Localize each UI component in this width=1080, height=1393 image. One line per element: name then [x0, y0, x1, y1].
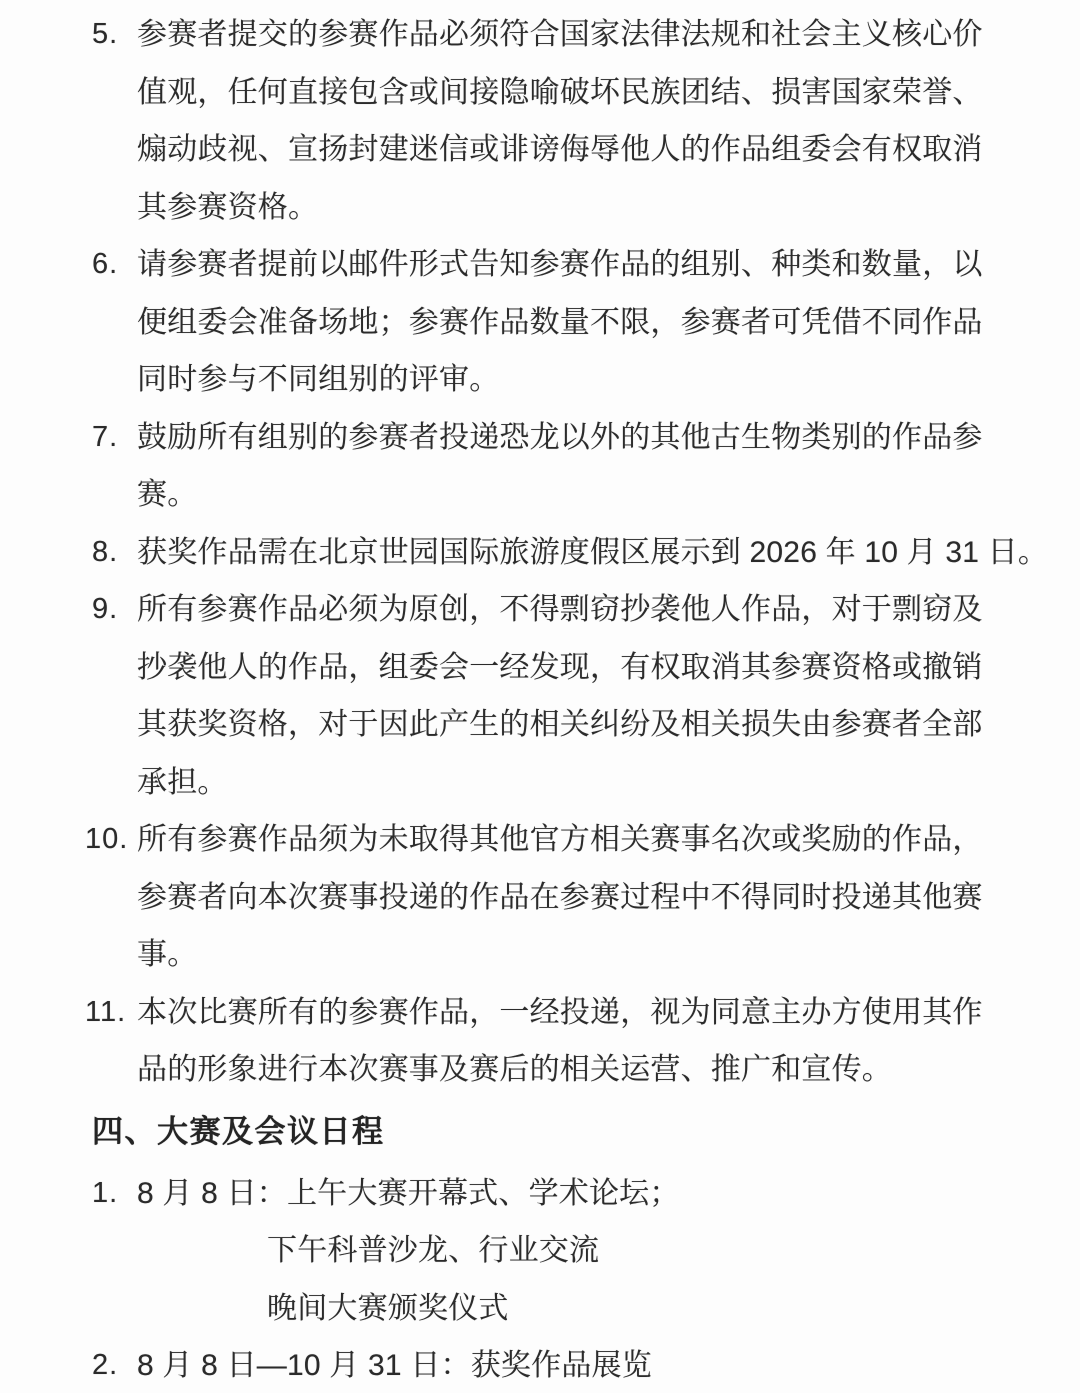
rule-line: 品的形象进行本次赛事及赛后的相关运营、推广和宣传。	[137, 1041, 949, 1099]
rule-line: 其参赛资格。	[137, 179, 949, 237]
schedule-line: 下午科普沙龙、行业交流	[137, 1222, 949, 1280]
rule-line: 便组委会准备场地；参赛作品数量不限，参赛者可凭借不同作品	[137, 294, 949, 352]
item-number: 10.	[85, 811, 137, 869]
rule-line: 参赛者提交的参赛作品必须符合国家法律法规和社会主义核心价	[137, 6, 949, 64]
rule-line: 抄袭他人的作品，组委会一经发现，有权取消其参赛资格或撤销	[137, 639, 949, 697]
schedule-list: 1.8 月 8 日：上午大赛开幕式、学术论坛；下午科普沙龙、行业交流晚间大赛颁奖…	[0, 1165, 1080, 1393]
rule-item-lines: 所有参赛作品须为未取得其他官方相关赛事名次或奖励的作品，参赛者向本次赛事投递的作…	[137, 811, 949, 984]
rule-item-5: 5.参赛者提交的参赛作品必须符合国家法律法规和社会主义核心价值观，任何直接包含或…	[0, 6, 1080, 236]
schedule-item-1: 1.8 月 8 日：上午大赛开幕式、学术论坛；下午科普沙龙、行业交流晚间大赛颁奖…	[0, 1165, 1080, 1338]
item-number: 6.	[92, 236, 137, 294]
rule-item-10: 10.所有参赛作品须为未取得其他官方相关赛事名次或奖励的作品，参赛者向本次赛事投…	[0, 811, 1080, 984]
rule-line: 赛。	[137, 466, 949, 524]
item-number: 5.	[92, 6, 137, 64]
rule-line: 事。	[137, 926, 949, 984]
rule-line: 所有参赛作品必须为原创，不得剽窃抄袭他人作品，对于剽窃及	[137, 581, 949, 639]
rule-item-lines: 所有参赛作品必须为原创，不得剽窃抄袭他人作品，对于剽窃及抄袭他人的作品，组委会一…	[137, 581, 949, 811]
rule-item-6: 6.请参赛者提前以邮件形式告知参赛作品的组别、种类和数量，以便组委会准备场地；参…	[0, 236, 1080, 409]
item-number: 1.	[92, 1165, 137, 1223]
rule-line: 请参赛者提前以邮件形式告知参赛作品的组别、种类和数量，以	[137, 236, 949, 294]
rule-line: 其获奖资格，对于因此产生的相关纠纷及相关损失由参赛者全部	[137, 696, 949, 754]
rule-item-8: 8.获奖作品需在北京世园国际旅游度假区展示到 2026 年 10 月 31 日。	[0, 524, 1080, 582]
rule-line: 值观，任何直接包含或间接隐喻破坏民族团结、损害国家荣誉、	[137, 64, 949, 122]
schedule-item-2: 2.8 月 8 日—10 月 31 日：获奖作品展览	[0, 1337, 1080, 1393]
item-number: 8.	[92, 524, 137, 582]
rule-line: 承担。	[137, 754, 949, 812]
rule-item-lines: 本次比赛所有的参赛作品，一经投递，视为同意主办方使用其作品的形象进行本次赛事及赛…	[137, 984, 949, 1099]
rule-line: 所有参赛作品须为未取得其他官方相关赛事名次或奖励的作品，	[137, 811, 949, 869]
item-number: 9.	[92, 581, 137, 639]
schedule-item-lines: 8 月 8 日—10 月 31 日：获奖作品展览	[137, 1337, 949, 1393]
item-number: 7.	[92, 409, 137, 467]
rule-item-lines: 鼓励所有组别的参赛者投递恐龙以外的其他古生物类别的作品参赛。	[137, 409, 949, 524]
schedule-line: 8 月 8 日—10 月 31 日：获奖作品展览	[137, 1337, 949, 1393]
rule-item-11: 11.本次比赛所有的参赛作品，一经投递，视为同意主办方使用其作品的形象进行本次赛…	[0, 984, 1080, 1099]
document-page: 5.参赛者提交的参赛作品必须符合国家法律法规和社会主义核心价值观，任何直接包含或…	[0, 0, 1080, 1393]
rule-item-lines: 参赛者提交的参赛作品必须符合国家法律法规和社会主义核心价值观，任何直接包含或间接…	[137, 6, 949, 236]
section-heading: 四、大赛及会议日程	[0, 1103, 1080, 1161]
rule-line: 获奖作品需在北京世园国际旅游度假区展示到 2026 年 10 月 31 日。	[137, 524, 949, 582]
rule-item-lines: 获奖作品需在北京世园国际旅游度假区展示到 2026 年 10 月 31 日。	[137, 524, 949, 582]
rule-line: 同时参与不同组别的评审。	[137, 351, 949, 409]
rules-list: 5.参赛者提交的参赛作品必须符合国家法律法规和社会主义核心价值观，任何直接包含或…	[0, 6, 1080, 1099]
rule-item-lines: 请参赛者提前以邮件形式告知参赛作品的组别、种类和数量，以便组委会准备场地；参赛作…	[137, 236, 949, 409]
schedule-item-lines: 8 月 8 日：上午大赛开幕式、学术论坛；下午科普沙龙、行业交流晚间大赛颁奖仪式	[137, 1165, 949, 1338]
rule-line: 鼓励所有组别的参赛者投递恐龙以外的其他古生物类别的作品参	[137, 409, 949, 467]
rule-item-7: 7.鼓励所有组别的参赛者投递恐龙以外的其他古生物类别的作品参赛。	[0, 409, 1080, 524]
schedule-line: 8 月 8 日：上午大赛开幕式、学术论坛；	[137, 1165, 949, 1223]
item-number: 2.	[92, 1337, 137, 1393]
rule-line: 本次比赛所有的参赛作品，一经投递，视为同意主办方使用其作	[137, 984, 949, 1042]
rule-line: 煽动歧视、宣扬封建迷信或诽谤侮辱他人的作品组委会有权取消	[137, 121, 949, 179]
rule-line: 参赛者向本次赛事投递的作品在参赛过程中不得同时投递其他赛	[137, 869, 949, 927]
rule-item-9: 9.所有参赛作品必须为原创，不得剽窃抄袭他人作品，对于剽窃及抄袭他人的作品，组委…	[0, 581, 1080, 811]
item-number: 11.	[85, 984, 137, 1042]
schedule-line: 晚间大赛颁奖仪式	[137, 1280, 949, 1338]
